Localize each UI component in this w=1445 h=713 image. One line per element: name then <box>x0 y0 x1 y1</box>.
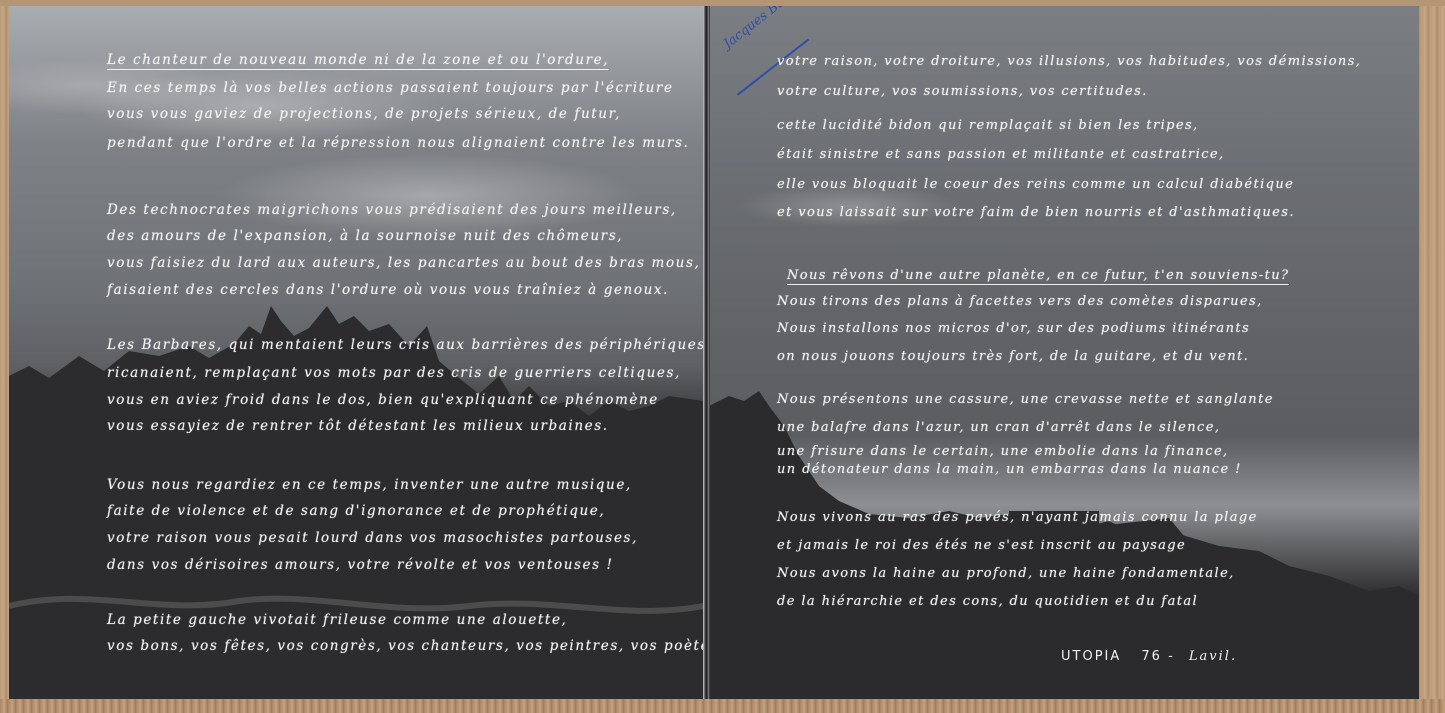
utopia-year: 76 - <box>1141 649 1174 664</box>
poem-line: vous essayiez de rentrer tôt détestant l… <box>107 418 609 434</box>
poem-line: une balafre dans l'azur, un cran d'arrêt… <box>777 420 1220 435</box>
poem-line: une frisure dans le certain, une embolie… <box>777 444 1229 459</box>
poem-line: Nous vivons au ras des pavés, n'ayant ja… <box>777 510 1258 525</box>
wood-surface-bottom <box>0 699 1445 713</box>
poem-line: était sinistre et sans passion et milita… <box>777 147 1225 162</box>
poem-line: En ces temps là vos belles actions passa… <box>107 80 674 96</box>
poem-line: Nous tirons des plans à facettes vers de… <box>777 294 1263 309</box>
poem-line: vous en aviez froid dans le dos, bien qu… <box>107 392 659 408</box>
utopia-label: UTOPIA <box>1061 649 1121 664</box>
poem-line: vous vous gaviez de projections, de proj… <box>107 106 621 122</box>
poem-line: pendant que l'ordre et la répression nou… <box>107 135 689 151</box>
poem-line: on nous jouons toujours très fort, de la… <box>777 349 1249 364</box>
left-panel: Le chanteur de nouveau monde ni de la zo… <box>9 6 703 699</box>
author-signature: Lavil. <box>1189 649 1237 664</box>
poem-line: vos bons, vos fêtes, vos congrès, vos ch… <box>107 638 703 654</box>
poem-line: de la hiérarchie et des cons, du quotidi… <box>777 594 1198 609</box>
lp-gatefold-sleeve: Le chanteur de nouveau monde ni de la zo… <box>9 6 1419 699</box>
poem-line: un détonateur dans la main, un embarras … <box>777 462 1242 477</box>
poem-line: Nous installons nos micros d'or, sur des… <box>777 321 1250 336</box>
poem-line: Nous avons la haine au profond, une hain… <box>777 566 1235 581</box>
poem-line: cette lucidité bidon qui remplaçait si b… <box>777 118 1199 133</box>
poem-line: votre culture, vos soumissions, vos cert… <box>777 84 1148 99</box>
poem-line: Les Barbares, qui mentaient leurs cris a… <box>107 337 703 353</box>
poem-line: et jamais le roi des étés ne s'est inscr… <box>777 538 1186 553</box>
poem-title-line: Nous rêvons d'une autre planète, en ce f… <box>787 268 1289 285</box>
poem-line: vous faisiez du lard aux auteurs, les pa… <box>107 255 700 271</box>
poem-line: Des technocrates maigrichons vous prédis… <box>107 202 677 218</box>
poem-line: La petite gauche vivotait frileuse comme… <box>107 612 567 628</box>
poem-line: votre raison vous pesait lourd dans vos … <box>107 530 638 546</box>
poem-line: votre raison, votre droiture, vos illusi… <box>777 54 1361 69</box>
utopia-signature: UTOPIA 76 - Lavil. <box>1061 649 1237 664</box>
poem-line: dans vos dérisoires amours, votre révolt… <box>107 557 614 573</box>
poem-line: Vous nous regardiez en ce temps, invente… <box>107 477 632 493</box>
poem-title-line: Le chanteur de nouveau monde ni de la zo… <box>107 52 609 70</box>
poem-line: ricanaient, remplaçant vos mots par des … <box>107 365 681 381</box>
poem-line: faisaient des cercles dans l'ordure où v… <box>107 282 669 298</box>
poem-line: des amours de l'expansion, à la sournois… <box>107 228 623 244</box>
poem-line: faite de violence et de sang d'ignorance… <box>107 503 605 519</box>
poem-line: et vous laissait sur votre faim de bien … <box>777 205 1295 220</box>
right-panel: Jacques Bussac votre raison, votre droit… <box>709 6 1419 699</box>
poem-line: Nous présentons une cassure, une crevass… <box>777 392 1274 407</box>
poem-line: elle vous bloquait le coeur des reins co… <box>777 177 1294 192</box>
